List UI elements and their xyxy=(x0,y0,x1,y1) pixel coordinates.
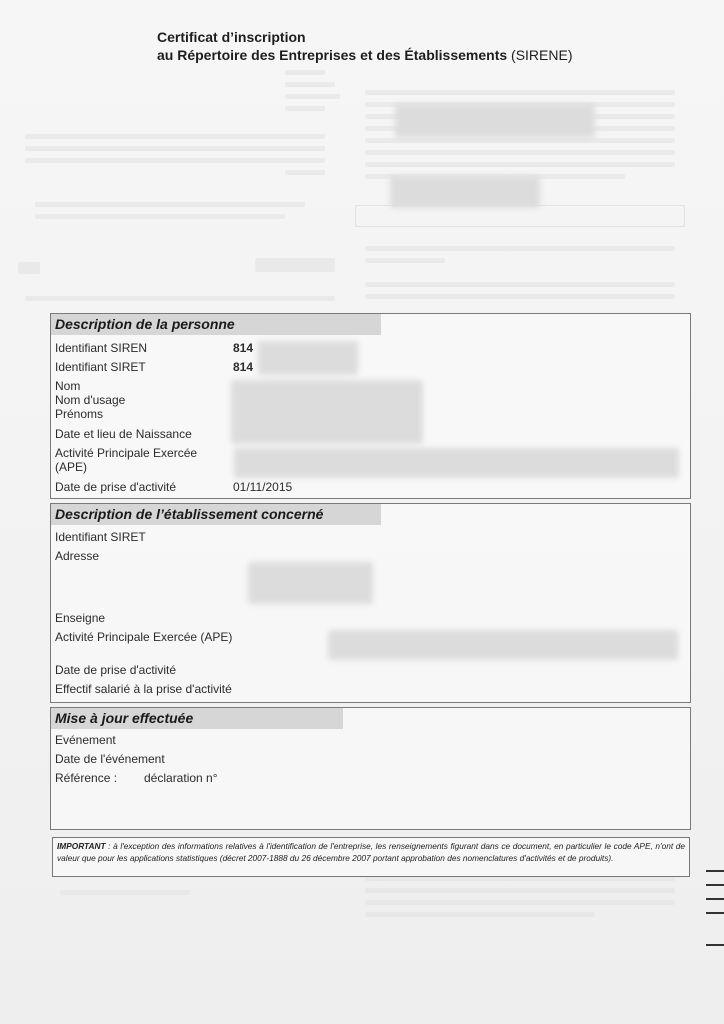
section-header: Description de la personne xyxy=(51,314,381,335)
redacted-ape xyxy=(234,448,679,478)
field-label-date-evenement: Date de l'événement xyxy=(55,752,165,766)
margin-mark xyxy=(706,912,724,914)
margin-mark xyxy=(706,884,724,886)
title-line-1: Certificat d’inscription xyxy=(157,28,572,46)
margin-mark xyxy=(706,898,724,900)
redacted-block xyxy=(395,104,595,138)
field-label-date-activite: Date de prise d'activité xyxy=(55,480,176,494)
redacted-block xyxy=(390,176,540,208)
section-personne: Description de la personne Identifiant S… xyxy=(50,313,691,499)
section-mise-a-jour: Mise à jour effectuée Evénement Date de … xyxy=(50,707,691,830)
field-label-naissance: Date et lieu de Naissance xyxy=(55,427,192,441)
field-label-nom: Nom xyxy=(55,379,80,393)
important-notice: IMPORTANT : à l'exception des informatio… xyxy=(52,837,690,877)
margin-mark xyxy=(706,870,724,872)
redacted-identity xyxy=(231,380,423,444)
field-label-ape-cont: (APE) xyxy=(55,460,87,474)
notice-text: : à l'exception des informations relativ… xyxy=(57,841,685,863)
field-value-date-activite: 01/11/2015 xyxy=(233,480,292,494)
redacted-ape xyxy=(328,630,678,660)
field-label-siret: Identifiant SIRET xyxy=(55,360,146,374)
notice-strong: IMPORTANT xyxy=(57,841,106,851)
field-value-siren: 814 xyxy=(233,341,253,355)
field-label-reference: Référence : xyxy=(55,771,117,785)
field-value-siret: 814 xyxy=(233,360,253,374)
field-label-date-activite: Date de prise d'activité xyxy=(55,663,176,677)
margin-mark xyxy=(706,944,724,946)
field-label-ape: Activité Principale Exercée xyxy=(55,446,197,460)
field-label-ape: Activité Principale Exercée (APE) xyxy=(55,630,232,644)
field-label-nom-usage: Nom d'usage xyxy=(55,393,125,407)
field-label-effectif: Effectif salarié à la prise d'activité xyxy=(55,682,232,696)
section-header: Description de l’établissement concerné xyxy=(51,504,381,525)
redacted-siren xyxy=(258,341,358,375)
field-label-adresse: Adresse xyxy=(55,549,99,563)
field-label-prenoms: Prénoms xyxy=(55,407,103,421)
title-line-2: au Répertoire des Entreprises et des Éta… xyxy=(157,46,572,64)
redacted-address xyxy=(248,562,373,604)
section-etablissement: Description de l’établissement concerné … xyxy=(50,503,691,703)
document-title: Certificat d’inscription au Répertoire d… xyxy=(157,28,572,64)
field-label-siret: Identifiant SIRET xyxy=(55,530,146,544)
field-label-evenement: Evénement xyxy=(55,733,116,747)
field-value-reference: déclaration n° xyxy=(144,771,218,785)
document-page: Certificat d’inscription au Répertoire d… xyxy=(0,0,724,1024)
field-label-enseigne: Enseigne xyxy=(55,611,105,625)
title-suffix: (SIRENE) xyxy=(511,47,572,63)
section-header: Mise à jour effectuée xyxy=(51,708,343,729)
field-label-siren: Identifiant SIREN xyxy=(55,341,147,355)
